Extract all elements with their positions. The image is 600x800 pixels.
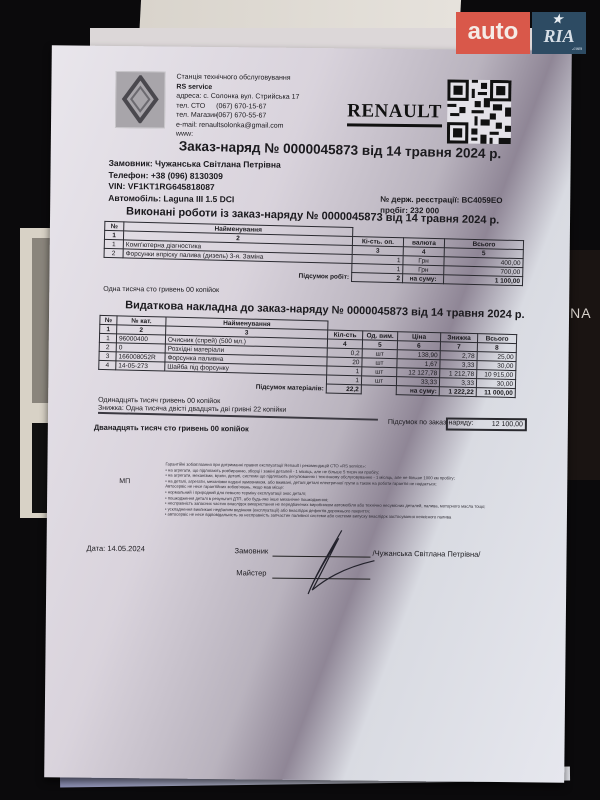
car-model: Автомобіль: Laguna III 1.5 DCI [108, 192, 280, 205]
works-sum-words: Одна тисяча сто гривень 00 копійок [103, 286, 219, 294]
document-date: Дата: 14.05.2024 [87, 544, 145, 554]
master-signature-label: Майстер [236, 568, 266, 577]
renault-logo-icon [115, 71, 166, 129]
materials-subtotal-qty: 22,2 [326, 384, 361, 394]
grand-total-words: Дванадцять тисяч сто гривень 00 копійок [94, 423, 249, 434]
handwritten-signature [286, 528, 377, 599]
materials-sum-discount: 1 222,22 [439, 387, 476, 397]
works-subtotal-qty: 2 [352, 272, 403, 282]
star-icon: ★ [552, 13, 563, 25]
works-cell: 1 [104, 239, 123, 248]
materials-header-num: 1 [100, 324, 117, 333]
works-sum-label: на суму: [402, 274, 443, 284]
watermark-ria: ★ RIA .com [532, 12, 586, 54]
works-header-num: 1 [104, 230, 123, 239]
stamp-placeholder: МП [119, 478, 130, 485]
works-table: № Найменування 1 2 Кі-сть. оп. валюта Вс… [103, 221, 524, 286]
warranty-terms: Гарантійні зобов'язання при дотриманні п… [165, 462, 566, 522]
phone-sto: (067) 670-15-67 [216, 103, 266, 111]
materials-cell: 3 [99, 351, 116, 360]
grand-total-value: 12 100,00 [446, 417, 527, 431]
watermark-auto: auto [456, 12, 530, 54]
works-header: № [105, 221, 124, 230]
watermark-com: .com [572, 47, 582, 53]
autoria-watermark: auto ★ RIA .com [456, 12, 586, 54]
station-email: e-mail: renaultsolonka@gmail.com [176, 120, 299, 131]
station-name: Станція технічного обслуговування [176, 73, 299, 84]
materials-cell: 4 [99, 360, 116, 369]
client-signature-label: Замовник [235, 546, 269, 555]
materials-header: № [100, 315, 117, 324]
qr-code-icon [447, 79, 512, 144]
phone-shop-label: тел. Магазин [176, 111, 214, 121]
materials-sum: 11 000,00 [476, 388, 515, 398]
materials-cell: 1 [99, 333, 116, 342]
phone-shop: (067) 670-55-67 [216, 112, 266, 120]
watermark-ria-text: RIA [543, 26, 574, 46]
materials-sum-label: на суму: [396, 386, 439, 396]
works-sum: 1 100,00 [443, 275, 522, 286]
phone-sto-label: тел. СТО [176, 101, 214, 111]
client-info: Замовник: Чужанська Світлана Петрівна Те… [108, 158, 281, 206]
service-order-document: Станція технічного обслуговування RS ser… [44, 45, 572, 782]
renault-wordmark: RENAULT [347, 100, 442, 127]
materials-table: № № кат. Найменування 1 2 3 Кіл-сть Од. … [98, 315, 518, 398]
materials-sum-words: Одинадцять тисяч гривень 00 копійок [98, 397, 220, 405]
client-signature-name: /Чужанська Світлана Петрівна/ [372, 549, 480, 559]
materials-cell: 2 [99, 342, 116, 351]
works-cell: 2 [104, 248, 123, 257]
station-info: Станція технічного обслуговування RS ser… [176, 73, 300, 141]
